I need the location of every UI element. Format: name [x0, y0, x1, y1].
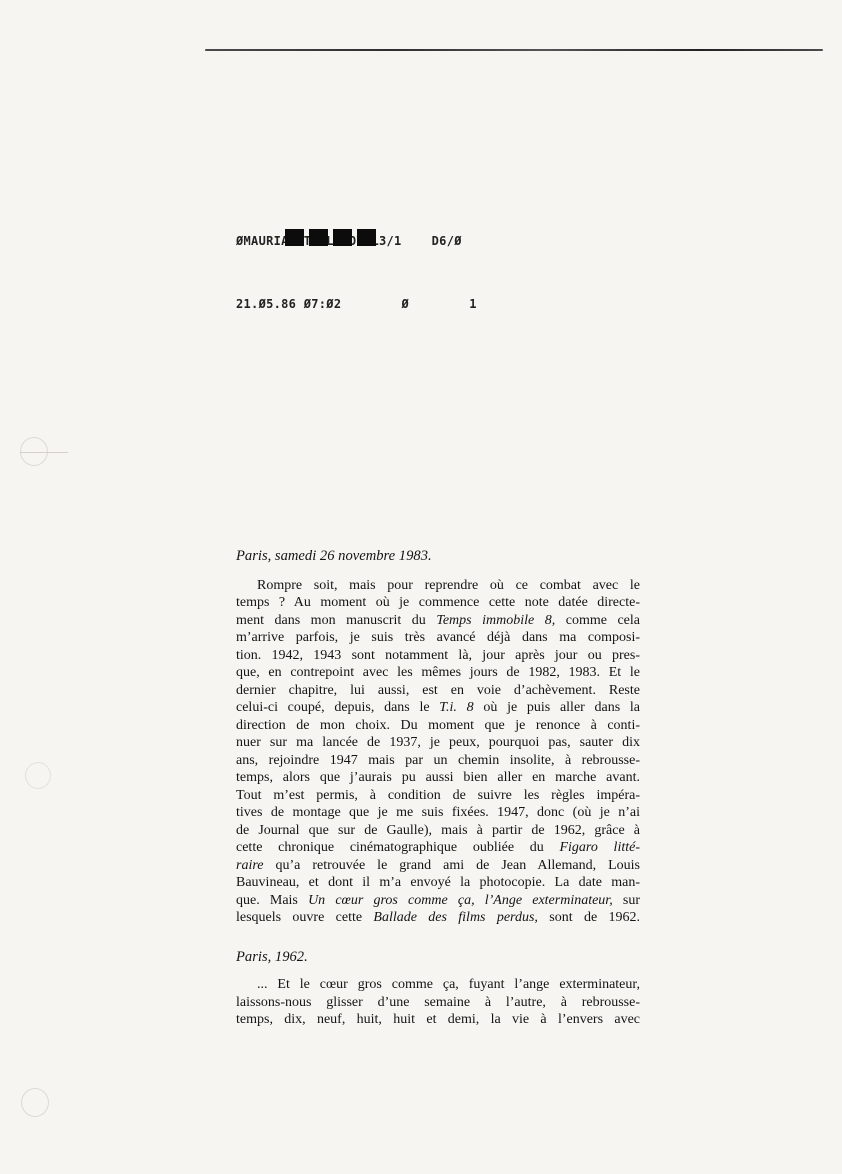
transmission-header-line2: 21.Ø5.86 Ø7:Ø2 Ø 1: [236, 294, 477, 315]
punch-hole-bottom: [21, 1088, 49, 1117]
text-line: Bauvineau, et dont il m’a envoyé la phot…: [236, 874, 640, 892]
transmission-header: ØMAURIACETFILSTOTAL3/1 D6/Ø 21.Ø5.86 Ø7:…: [236, 189, 477, 357]
scanned-document-page: ØMAURIACETFILSTOTAL3/1 D6/Ø 21.Ø5.86 Ø7:…: [0, 0, 842, 1174]
text-run: temps, dix, neuf, huit, huit et demi, la…: [236, 1012, 640, 1027]
block-glyph: [285, 229, 304, 246]
text-run: Bauvineau, et dont il m’a envoyé la phot…: [236, 875, 640, 890]
text-line: cette chronique cinématographique oublié…: [236, 839, 640, 857]
text-line: tion. 1942, 1943 sont notamment là, jour…: [236, 647, 640, 665]
text-line: ment dans mon manuscrit du Temps immobil…: [236, 612, 640, 630]
dateline-1983: Paris, samedi 26 novembre 1983.: [236, 548, 640, 566]
text-line: ans, rejoindre 1947 mais par un chemin i…: [236, 752, 640, 770]
block-glyph: [357, 229, 376, 246]
italic-run: Ballade des films perdus,: [373, 910, 538, 925]
text-line: temps, dix, neuf, huit, huit et demi, la…: [236, 1011, 640, 1029]
text-run: comme cela: [555, 613, 640, 628]
text-run: nuer sur ma lancée de 1937, je peux, pou…: [236, 735, 640, 750]
block-glyph: [309, 229, 328, 246]
italic-run: T.i. 8: [439, 700, 473, 715]
text-run: que, en contrepoint avec les mêmes jours…: [236, 665, 640, 680]
paragraph-1962: ... Et le cœur gros comme ça, fuyant l’a…: [236, 976, 640, 1029]
text-run: de Journal que sur de Gaulle), mais à pa…: [236, 823, 640, 838]
text-run: où je puis aller dans la: [474, 700, 640, 715]
text-line: m’arrive parfois, je suis très avancé dé…: [236, 629, 640, 647]
text-line: temps, alors que j’aurais pu aussi bien …: [236, 769, 640, 787]
block-glyph: [333, 229, 352, 246]
punch-hole-middle: [25, 762, 51, 789]
text-run: dernier chapitre, lui aussi, est en voie…: [236, 683, 640, 698]
text-run: cette chronique cinématographique oublié…: [236, 840, 559, 855]
text-line: de Journal que sur de Gaulle), mais à pa…: [236, 822, 640, 840]
text-line: que, en contrepoint avec les mêmes jours…: [236, 664, 640, 682]
punch-hole-line: [20, 452, 68, 453]
text-line: que. Mais Un cœur gros comme ça, l’Ange …: [236, 892, 640, 910]
text-line: lesquels ouvre cette Ballade des films p…: [236, 909, 640, 927]
text-run: qu’a retrouvée le grand ami de Jean Alle…: [263, 858, 640, 873]
italic-run: Temps immobile 8,: [436, 613, 555, 628]
text-line: celui-ci coupé, depuis, dans le T.i. 8 o…: [236, 699, 640, 717]
text-run: temps ? Au moment où je commence cette n…: [236, 595, 640, 610]
text-line: raire qu’a retrouvée le grand ami de Jea…: [236, 857, 640, 875]
black-block-glyphs: [285, 229, 376, 246]
text-run: Rompre soit, mais pour reprendre où ce c…: [257, 578, 640, 593]
italic-run: Figaro litté-: [559, 840, 640, 855]
text-line: direction de mon choix. Du moment que je…: [236, 717, 640, 735]
text-run: tives de montage que je me suis fixées. …: [236, 805, 640, 820]
text-run: ... Et le cœur gros comme ça, fuyant l’a…: [257, 977, 640, 992]
text-line: tives de montage que je me suis fixées. …: [236, 804, 640, 822]
text-line: Tout m’est permis, à condition de suivre…: [236, 787, 640, 805]
body-text-column: Paris, samedi 26 novembre 1983. Rompre s…: [236, 548, 640, 1029]
text-run: temps, alors que j’aurais pu aussi bien …: [236, 770, 640, 785]
text-run: Tout m’est permis, à condition de suivre…: [236, 788, 640, 803]
text-line: ... Et le cœur gros comme ça, fuyant l’a…: [236, 976, 640, 994]
text-run: sont de 1962.: [538, 910, 640, 925]
text-run: sur: [613, 893, 640, 908]
text-line: dernier chapitre, lui aussi, est en voie…: [236, 682, 640, 700]
text-run: lesquels ouvre cette: [236, 910, 373, 925]
text-line: nuer sur ma lancée de 1937, je peux, pou…: [236, 734, 640, 752]
text-run: m’arrive parfois, je suis très avancé dé…: [236, 630, 640, 645]
text-run: direction de mon choix. Du moment que je…: [236, 718, 640, 733]
top-horizontal-rule: [205, 49, 823, 51]
text-line: temps ? Au moment où je commence cette n…: [236, 594, 640, 612]
dateline-1962: Paris, 1962.: [236, 949, 640, 967]
italic-run: Un cœur gros comme ça, l’Ange exterminat…: [308, 893, 613, 908]
paragraph-1983: Rompre soit, mais pour reprendre où ce c…: [236, 577, 640, 927]
text-run: tion. 1942, 1943 sont notamment là, jour…: [236, 648, 640, 663]
text-run: celui-ci coupé, depuis, dans le: [236, 700, 439, 715]
text-run: que. Mais: [236, 893, 308, 908]
text-line: laissons-nous glisser d’une semaine à l’…: [236, 994, 640, 1012]
italic-run: raire: [236, 858, 263, 873]
text-line: Rompre soit, mais pour reprendre où ce c…: [236, 577, 640, 595]
text-run: ans, rejoindre 1947 mais par un chemin i…: [236, 753, 640, 768]
text-run: ment dans mon manuscrit du: [236, 613, 436, 628]
text-run: laissons-nous glisser d’une semaine à l’…: [236, 995, 640, 1010]
